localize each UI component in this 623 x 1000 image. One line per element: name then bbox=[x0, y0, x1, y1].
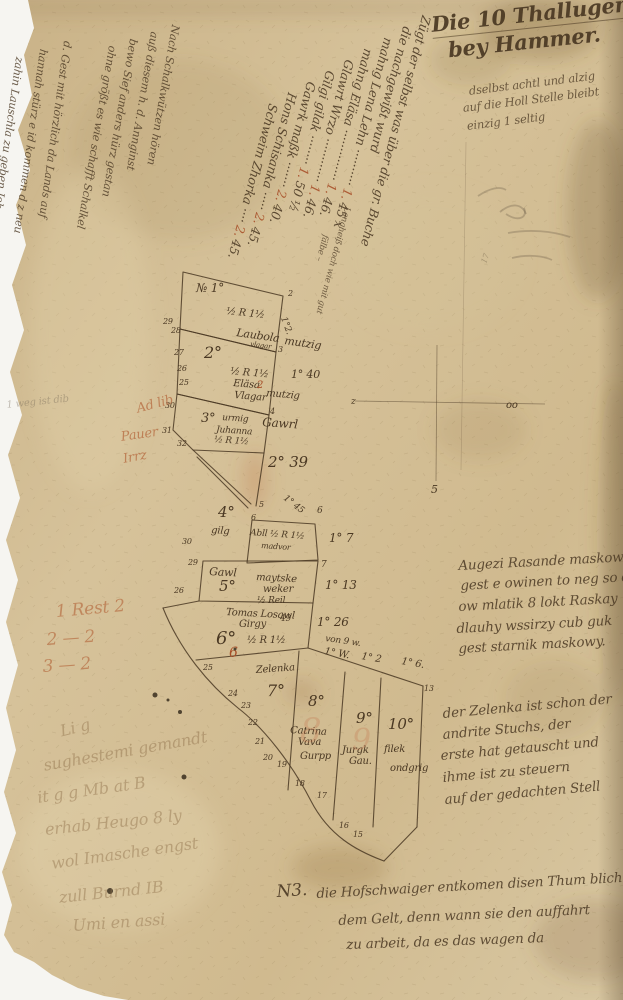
plan-label: 21 bbox=[254, 737, 265, 746]
plan-label: 18 bbox=[295, 779, 305, 788]
plan-label: 1° 40 bbox=[291, 368, 320, 381]
plan-label: 20 bbox=[262, 753, 273, 762]
plan-label: gilg bbox=[211, 525, 230, 537]
plan-label: 28 bbox=[170, 326, 181, 335]
plan-label: 9 bbox=[352, 723, 371, 758]
plan-label: z bbox=[350, 397, 356, 407]
ink-speck bbox=[167, 699, 170, 702]
plan-label: 32 bbox=[177, 439, 187, 448]
ledger-class: 1. bbox=[306, 183, 323, 198]
plan-label: 25 bbox=[178, 378, 189, 387]
plan-label: 1° 26 bbox=[317, 615, 349, 629]
red-tally-line: 3 — 2 bbox=[42, 654, 92, 677]
plan-label: 24 bbox=[227, 689, 238, 698]
plan-label: 1° 13 bbox=[325, 578, 357, 592]
ledger-class: 1. bbox=[338, 187, 355, 202]
plan-label: 6 bbox=[251, 513, 256, 522]
plan-label: 19 bbox=[277, 760, 287, 769]
plan-label: 8 bbox=[300, 711, 321, 751]
plan-label: oo bbox=[506, 400, 518, 411]
plan-label: 8° bbox=[308, 692, 325, 710]
plan-label: 5° bbox=[219, 577, 236, 595]
plan-label: 2° bbox=[203, 343, 222, 362]
plan-label: 7° bbox=[267, 681, 285, 700]
plan-label: 16 bbox=[339, 821, 349, 830]
plan-label: 10° bbox=[388, 715, 414, 733]
plan-label: 6 bbox=[317, 506, 323, 516]
plan-label: ½ R 1½ bbox=[247, 635, 285, 646]
ledger-class: 2. bbox=[250, 211, 267, 226]
plan-label: filek bbox=[383, 744, 405, 755]
nb-mark: N3. bbox=[276, 880, 308, 902]
plan-label: 31 bbox=[162, 426, 172, 435]
plan-label: 2° 39 bbox=[267, 453, 309, 471]
plan-label: Gawrl bbox=[262, 415, 299, 431]
plan-label: 29 bbox=[162, 317, 173, 326]
ledger-class: 1. bbox=[322, 182, 339, 197]
plan-label: 30 bbox=[182, 537, 192, 546]
red-tally-line: 2 — 2 bbox=[46, 627, 96, 650]
ink-speck bbox=[153, 693, 158, 698]
plan-label: 23 bbox=[240, 701, 251, 710]
plan-label: weker bbox=[263, 584, 295, 595]
plan-label: ½ Reil bbox=[257, 595, 286, 606]
ink-speck bbox=[182, 775, 187, 780]
plan-label: 5 bbox=[431, 483, 438, 496]
plan-label: 26 bbox=[176, 364, 187, 373]
plan-label: 2 bbox=[256, 380, 263, 391]
ledger-class: 2. bbox=[231, 224, 248, 239]
ink-speck bbox=[234, 648, 237, 651]
plan-label: 2 bbox=[287, 289, 293, 298]
plan-label: 29 bbox=[187, 558, 198, 567]
plan-label: 4° bbox=[217, 503, 235, 521]
ledger-class: 2. bbox=[273, 188, 290, 203]
plan-label: 13 bbox=[424, 684, 434, 693]
plan-label: 1° 7 bbox=[329, 531, 354, 545]
ledger-class: 1. bbox=[295, 165, 312, 180]
plan-label: 15 bbox=[353, 830, 363, 839]
plan-label: № 1° bbox=[195, 281, 224, 295]
plan-label: 49 bbox=[279, 614, 292, 624]
plan-label: 6 bbox=[229, 645, 238, 661]
plan-label: 22 bbox=[247, 718, 258, 727]
plan-label: 7 bbox=[321, 560, 327, 570]
plan-label: ondgrig bbox=[390, 763, 428, 774]
plan-label: urmig bbox=[222, 413, 249, 425]
plan-label: 5 bbox=[259, 500, 264, 509]
plan-label: 26 bbox=[173, 586, 184, 595]
plan-label: 3° bbox=[201, 411, 215, 426]
plan-label: 27 bbox=[173, 348, 185, 357]
plan-label: Girgy bbox=[239, 619, 267, 630]
manuscript-page: № 1°½ R 1½Laubolamutzigvlagar21°2.32°½ R… bbox=[0, 0, 623, 1000]
plan-label: 17 bbox=[317, 791, 328, 800]
plan-label: 25 bbox=[202, 663, 213, 672]
ink-speck bbox=[178, 710, 182, 714]
plan-label: Gurpp bbox=[300, 751, 332, 762]
plan-label: 3 bbox=[278, 345, 283, 354]
